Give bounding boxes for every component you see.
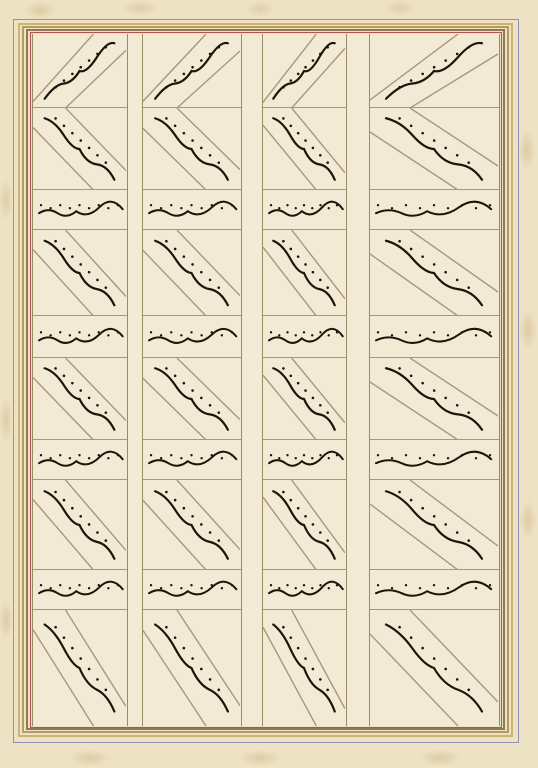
diagonal-verse-panel [370,108,499,190]
horizontal-verse-panel [143,570,241,610]
diagonal-verse-panel [263,34,346,108]
diagonal-verse-panel [263,480,346,570]
calligraphy-line [33,440,126,480]
diagonal-rules [33,108,126,190]
text-column-1 [32,34,128,726]
diagonal-rules [370,108,498,190]
horizontal-verse-panel [33,570,127,610]
diagonal-verse-panel [143,610,241,726]
calligraphy-line [370,316,498,358]
calligraphy-stroke [386,625,482,712]
text-column-4 [369,34,500,726]
diagonal-rules [143,34,240,108]
horizontal-verse-panel [33,316,127,358]
text-column-3 [262,34,347,726]
calligraphy-stroke [155,118,228,180]
diagonal-rules [263,610,345,726]
horizontal-verse-panel [143,190,241,230]
diagonal-rules [263,34,345,108]
calligraphy-line [263,440,345,480]
text-panel [32,34,500,726]
diagonal-rules [263,108,345,190]
horizontal-verse-panel [370,570,499,610]
diagonal-verse-panel [33,230,127,316]
diagonal-rules [370,480,498,570]
diagonal-verse-panel [370,480,499,570]
calligraphy-line [143,440,240,480]
calligraphy-stroke [45,118,115,180]
calligraphy-line [370,570,498,610]
calligraphy-stroke [386,491,482,559]
diagonal-rules [263,480,345,570]
horizontal-verse-panel [143,316,241,358]
diagonal-verse-panel [370,610,499,726]
diagonal-verse-panel [143,358,241,440]
calligraphy-line [33,190,126,230]
calligraphy-stroke [386,118,482,180]
horizontal-verse-panel [263,440,346,480]
diagonal-rules [33,480,126,570]
calligraphy-stroke [155,43,228,99]
calligraphy-line [370,190,498,230]
diagonal-rules [370,610,498,726]
calligraphy-stroke [155,368,228,430]
calligraphy-line [143,316,240,358]
diagonal-rules [370,358,498,440]
horizontal-verse-panel [370,190,499,230]
diagonal-verse-panel [263,230,346,316]
calligraphy-line [263,570,345,610]
horizontal-verse-panel [143,440,241,480]
diagonal-verse-panel [143,480,241,570]
diagonal-verse-panel [33,34,127,108]
calligraphy-line [263,316,345,358]
calligraphy-line [143,190,240,230]
calligraphy-stroke [45,368,115,430]
diagonal-rules [370,230,498,316]
horizontal-verse-panel [370,316,499,358]
diagonal-verse-panel [370,230,499,316]
diagonal-rules [143,230,240,316]
diagonal-rules [33,34,126,108]
calligraphy-stroke [45,625,115,712]
diagonal-verse-panel [143,34,241,108]
calligraphy-stroke [386,241,482,306]
diagonal-rules [263,358,345,440]
horizontal-verse-panel [33,190,127,230]
calligraphy-stroke [155,241,228,306]
calligraphy-line [263,190,345,230]
horizontal-verse-panel [263,190,346,230]
calligraphy-stroke [386,368,482,430]
horizontal-verse-panel [263,570,346,610]
diagonal-rules [143,480,240,570]
diagonal-verse-panel [263,610,346,726]
calligraphy-line [33,570,126,610]
diagonal-verse-panel [263,108,346,190]
calligraphy-line [33,316,126,358]
diagonal-verse-panel [143,108,241,190]
diagonal-verse-panel [370,358,499,440]
diagonal-verse-panel [143,230,241,316]
calligraphy-line [143,570,240,610]
calligraphy-stroke [273,625,335,712]
diagonal-rules [370,34,498,108]
horizontal-verse-panel [263,316,346,358]
diagonal-verse-panel [33,480,127,570]
diagonal-verse-panel [33,358,127,440]
diagonal-verse-panel [263,358,346,440]
diagonal-verse-panel [33,610,127,726]
calligraphy-line [370,440,498,480]
diagonal-rules [143,108,240,190]
calligraphy-stroke [155,625,228,712]
diagonal-verse-panel [33,108,127,190]
diagonal-rules [33,358,126,440]
diagonal-rules [263,230,345,316]
text-column-2 [142,34,242,726]
calligraphy-stroke [273,491,335,559]
diagonal-verse-panel [370,34,499,108]
diagonal-rules [33,610,126,726]
diagonal-rules [143,358,240,440]
diagonal-rules [143,610,240,726]
diagonal-rules [33,230,126,316]
horizontal-verse-panel [33,440,127,480]
horizontal-verse-panel [370,440,499,480]
